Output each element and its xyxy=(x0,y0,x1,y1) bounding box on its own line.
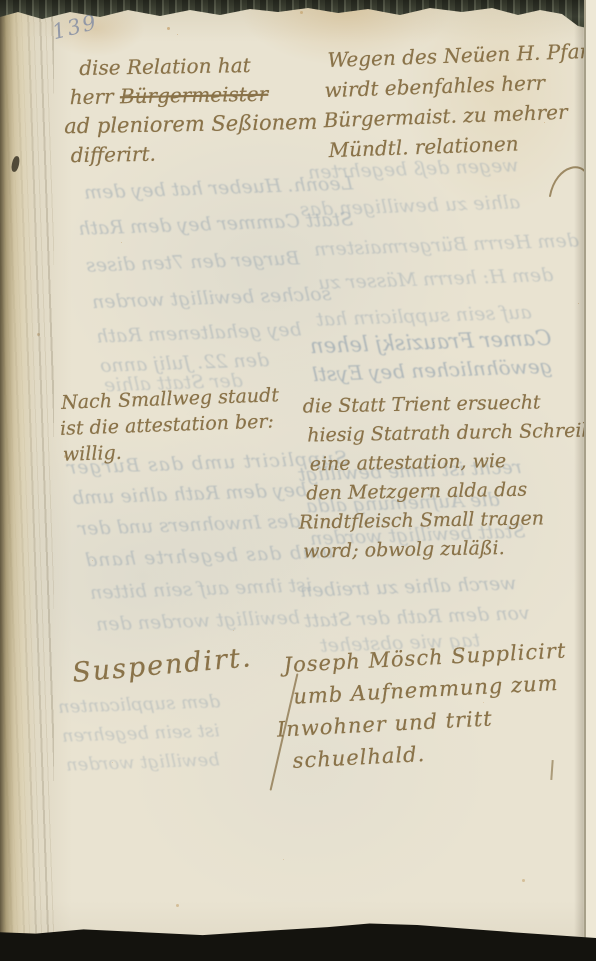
entry-trient-attestation: die Statt Trient ersuecht hiesig Statrat… xyxy=(297,387,596,566)
handwritten-line: word; obwolg zuläßi. xyxy=(303,532,596,566)
bleedthrough-line: des Inwohners und der xyxy=(78,510,301,540)
handwritten-line: ad pleniorem Seßionem xyxy=(64,108,318,141)
handwritten-line: hiesig Statrath durch Schreib. xyxy=(307,416,596,450)
entry-moesch-supplication: Joseph Mösch Supplicirt umb Aufnemmung z… xyxy=(273,634,572,777)
bleedthrough-line: dem Herrn Bürgermaistern xyxy=(314,229,579,260)
bleedthrough-line: ist sein begehren xyxy=(62,720,220,746)
bleedthrough-line: gewöhnlichen bey Eystl xyxy=(312,354,553,386)
bleedthrough-line: werch alhie zu treiben xyxy=(300,572,517,602)
bleedthrough-line: auf sein supplicirn hat xyxy=(316,301,532,331)
bleedthrough-line: Burger den 7ten dises xyxy=(86,247,300,276)
annotation-relation-deferred: dise Relation hat herr Bürgermeister ad … xyxy=(69,50,318,170)
bleedthrough-line: umb das begehrte hand xyxy=(84,541,334,572)
bleedthrough-line: ist ihme auf sein bitten xyxy=(90,574,313,604)
manuscript-scan: wegen deß begehrten Leonh. Hueber hat be… xyxy=(0,0,596,961)
bleedthrough-line: bewilligt worden xyxy=(66,749,220,775)
binding-gutter-edge xyxy=(0,0,54,961)
annotation-attestation-granted: Nach Smallweg staudt ist die attestation… xyxy=(61,382,281,468)
handwritten-line: differirt. xyxy=(71,137,319,170)
bleedthrough-line: Statt Cammer bey dem Rath xyxy=(78,208,354,240)
bleedthrough-line: von dem Rath der Statt xyxy=(304,602,530,632)
handwritten-line: herr Bürgermeister xyxy=(70,79,318,112)
struck-word: Bürgermeister xyxy=(120,82,269,109)
bleedthrough-line: bey gehaltenem Rath xyxy=(96,318,302,347)
next-page-sliver xyxy=(584,0,596,961)
bleedthrough-line: bey dem Rath alhie umb xyxy=(72,479,308,509)
bleedthrough-line: dem supplicanten xyxy=(58,691,221,718)
bleedthrough-line: Camer Frauziskj lehen xyxy=(310,326,552,358)
handwritten-line: dise Relation hat xyxy=(79,50,317,83)
bleedthrough-line: bewilligt worden den xyxy=(96,606,301,635)
entry-new-priest: Wegen des Neüen H. Pfarrer wirdt ebenfah… xyxy=(323,35,596,165)
bleedthrough-line: dem H: herrn Mässer zu xyxy=(318,264,554,294)
word: herr xyxy=(70,84,114,109)
bleedthrough-line: solches bewilligt worden xyxy=(92,283,332,313)
